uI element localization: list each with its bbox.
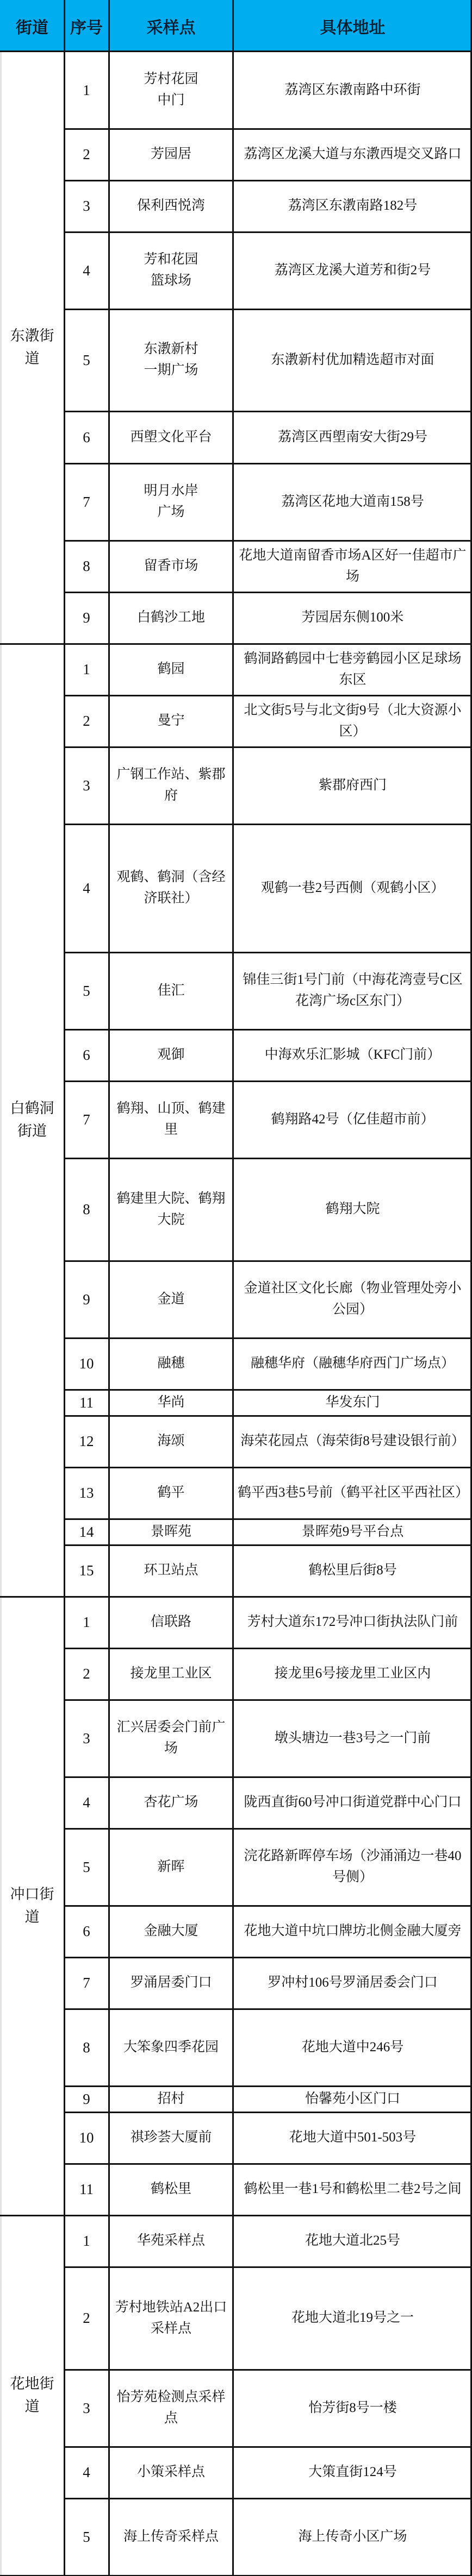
row-index-cell: 1 [64,1597,109,1648]
address-cell: 芳园居东侧100米 [233,592,472,644]
row-index-cell: 4 [64,2447,109,2498]
sampling-site-cell: 信联路 [109,1597,233,1648]
row-index-cell: 12 [64,1416,109,1467]
row-index-cell: 2 [64,129,109,180]
address-cell: 荔湾区西塱南安大街29号 [233,411,472,463]
address-cell: 北文街5号与北文街9号（北大资源小区） [233,695,472,747]
row-index-cell: 2 [64,1648,109,1700]
sampling-site-cell: 芳村地铁站A2出口采样点 [109,2267,233,2370]
sampling-site-cell: 海上传奇采样点 [109,2498,233,2575]
row-index-cell: 4 [64,1777,109,1829]
street-name-cell: 花地街 道 [0,2215,64,2575]
row-index-cell: 8 [64,541,109,592]
row-index-cell: 3 [64,2370,109,2447]
row-index-cell: 2 [64,695,109,747]
row-index-cell: 1 [64,644,109,695]
address-cell: 融穗华府（融穗华府西门广场点） [233,1338,472,1390]
sampling-sites-table: 街道 序号 采样点 具体地址 东漖街 道1芳村花园 中门荔湾区东漖南路中环街2芳… [0,0,472,2576]
sampling-site-cell: 观御 [109,1029,233,1081]
address-cell: 鹤翔大院 [233,1158,472,1261]
sampling-site-cell: 怡芳苑检测点采样点 [109,2370,233,2447]
row-index-cell: 3 [64,180,109,232]
address-cell: 荔湾区龙溪大道芳和街2号 [233,232,472,309]
row-index-cell: 7 [64,463,109,541]
address-cell: 荔湾区东漖南路中环街 [233,52,472,129]
address-cell: 芳村大道东172号冲口街执法队门前 [233,1597,472,1648]
address-cell: 罗冲村106号罗涌居委会门口 [233,1957,472,2009]
row-index-cell: 7 [64,1957,109,2009]
header-index: 序号 [64,0,109,52]
grid-line [108,0,110,2576]
sampling-site-cell: 芳和花园 篮球场 [109,232,233,309]
sampling-site-cell: 东漖新村 一期广场 [109,309,233,411]
row-index-cell: 8 [64,2009,109,2086]
address-cell: 景晖苑9号平台点 [233,1519,472,1545]
address-cell: 怡芳街8号一楼 [233,2370,472,2447]
sampling-site-cell: 鹤建里大院、鹤翔大院 [109,1158,233,1261]
row-index-cell: 5 [64,2498,109,2575]
sampling-site-cell: 曼宁 [109,695,233,747]
address-cell: 鹤平西3巷5号前（鹤平社区平西社区） [233,1467,472,1519]
address-cell: 怡馨苑小区门口 [233,2086,472,2112]
row-index-cell: 9 [64,592,109,644]
grid-line [232,0,234,2576]
sampling-site-cell: 鹤翔、山顶、鹤建里 [109,1081,233,1158]
row-index-cell: 14 [64,1519,109,1545]
sampling-site-cell: 罗涌居委门口 [109,1957,233,2009]
address-cell: 大策直街124号 [233,2447,472,2498]
sampling-site-cell: 海颂 [109,1416,233,1467]
sampling-site-cell: 金道 [109,1261,233,1338]
address-cell: 花地大道中坑口牌坊北侧金融大厦旁 [233,1906,472,1957]
sampling-site-cell: 新晖 [109,1829,233,1906]
sampling-site-cell: 芳村花园 中门 [109,52,233,129]
address-cell: 鹤松里一巷1号和鹤松里二巷2号之间 [233,2164,472,2215]
sampling-site-cell: 白鹤沙工地 [109,592,233,644]
address-cell: 海上传奇小区广场 [233,2498,472,2575]
sampling-site-cell: 保利西悦湾 [109,180,233,232]
sampling-site-cell: 鹤园 [109,644,233,695]
address-cell: 海荣花园点（海荣街8号建设银行前） [233,1416,472,1467]
row-index-cell: 2 [64,2267,109,2370]
address-cell: 鹤洞路鹤园中七巷旁鹤园小区足球场东区 [233,644,472,695]
address-cell: 中海欢乐汇影城（KFC门前） [233,1029,472,1081]
address-cell: 华发东门 [233,1390,472,1416]
address-cell: 东漖新村优加精选超市对面 [233,309,472,411]
address-cell: 荔湾区龙溪大道与东漖西堤交叉路口 [233,129,472,180]
address-cell: 花地大道中501-503号 [233,2112,472,2164]
sampling-site-cell: 景晖苑 [109,1519,233,1545]
row-index-cell: 5 [64,309,109,411]
address-cell: 浣花路新晖停车场（沙涌涌边一巷40号侧） [233,1829,472,1906]
row-index-cell: 4 [64,824,109,952]
sampling-site-cell: 小策采样点 [109,2447,233,2498]
row-index-cell: 9 [64,2086,109,2112]
sampling-site-cell: 招村 [109,2086,233,2112]
sampling-site-cell: 金融大厦 [109,1906,233,1957]
address-cell: 鹤松里后街8号 [233,1545,472,1597]
row-index-cell: 15 [64,1545,109,1597]
address-cell: 鹤翔路42号（亿佳超市前） [233,1081,472,1158]
row-index-cell: 8 [64,1158,109,1261]
row-index-cell: 4 [64,232,109,309]
sampling-site-cell: 华苑采样点 [109,2215,233,2267]
row-index-cell: 5 [64,1829,109,1906]
street-name-cell: 白鹤洞 街道 [0,644,64,1597]
address-cell: 金道社区文化长廊（物业管理处旁小公园） [233,1261,472,1338]
address-cell: 陇西直街60号冲口街道党群中心门口 [233,1777,472,1829]
address-cell: 荔湾区花地大道南158号 [233,463,472,541]
address-cell: 花地大道北19号之一 [233,2267,472,2370]
sampling-site-cell: 观鹤、鹤洞（含经济联社） [109,824,233,952]
address-cell: 紫郡府西门 [233,747,472,824]
sampling-site-cell: 广钢工作站、紫郡府 [109,747,233,824]
sampling-site-cell: 汇兴居委会门前广场 [109,1700,233,1777]
address-cell: 花地大道中246号 [233,2009,472,2086]
sampling-site-cell: 大笨象四季花园 [109,2009,233,2086]
row-index-cell: 3 [64,747,109,824]
sampling-site-cell: 留香市场 [109,541,233,592]
row-index-cell: 6 [64,1029,109,1081]
row-index-cell: 10 [64,2112,109,2164]
sampling-site-cell: 明月水岸 广场 [109,463,233,541]
address-cell: 花地大道南留香市场A区好一佳超市广场 [233,541,472,592]
row-index-cell: 6 [64,1906,109,1957]
sampling-site-cell: 祺珍荟大厦前 [109,2112,233,2164]
row-index-cell: 5 [64,952,109,1029]
address-cell: 接龙里6号接龙里工业区内 [233,1648,472,1700]
sampling-site-cell: 芳园居 [109,129,233,180]
header-site: 采样点 [109,0,233,52]
row-index-cell: 11 [64,2164,109,2215]
address-cell: 花地大道北25号 [233,2215,472,2267]
address-cell: 墩头塘边一巷3号之一门前 [233,1700,472,1777]
row-index-cell: 3 [64,1700,109,1777]
street-name-cell: 东漖街 道 [0,52,64,644]
grid-line [0,51,472,52]
sampling-site-cell: 接龙里工业区 [109,1648,233,1700]
row-index-cell: 11 [64,1390,109,1416]
row-index-cell: 9 [64,1261,109,1338]
sampling-site-cell: 杏花广场 [109,1777,233,1829]
row-index-cell: 7 [64,1081,109,1158]
row-index-cell: 6 [64,411,109,463]
address-cell: 观鹤一巷2号西侧（观鹤小区） [233,824,472,952]
sampling-site-cell: 华尚 [109,1390,233,1416]
address-cell: 锦佳三街1号门前（中海花湾壹号C区花湾广场c区东门） [233,952,472,1029]
header-address: 具体地址 [233,0,472,52]
sampling-site-cell: 西塱文化平台 [109,411,233,463]
row-index-cell: 1 [64,52,109,129]
header-street: 街道 [0,0,64,52]
row-index-cell: 10 [64,1338,109,1390]
sampling-site-cell: 融穗 [109,1338,233,1390]
sampling-site-cell: 鹤松里 [109,2164,233,2215]
sampling-site-cell: 佳汇 [109,952,233,1029]
sampling-site-cell: 环卫站点 [109,1545,233,1597]
row-index-cell: 1 [64,2215,109,2267]
street-name-cell: 冲口街 道 [0,1597,64,2215]
address-cell: 荔湾区东漖南路182号 [233,180,472,232]
grid-line [64,0,65,2576]
sampling-site-cell: 鹤平 [109,1467,233,1519]
row-index-cell: 13 [64,1467,109,1519]
